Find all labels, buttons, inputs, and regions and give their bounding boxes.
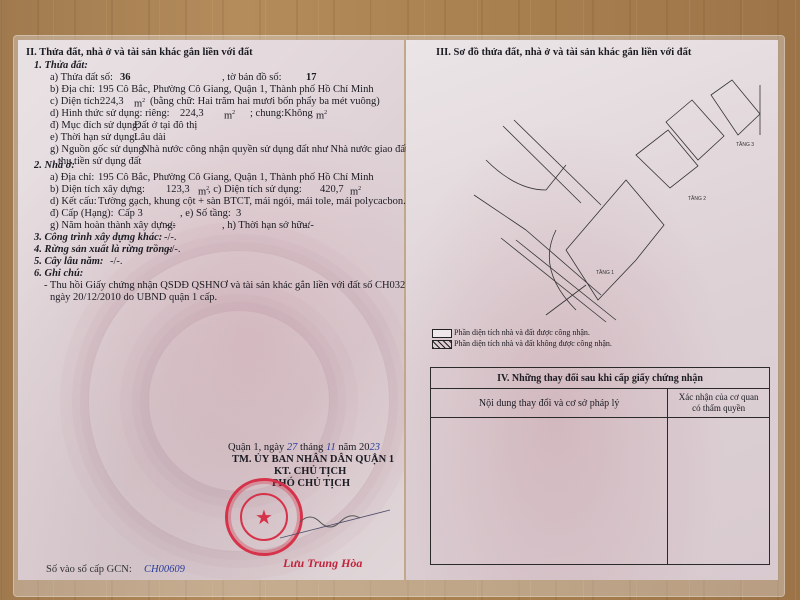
ownership-term: -/- (304, 219, 314, 232)
changes-table-title: IV. Những thay đổi sau khi cấp giấy chứn… (431, 368, 770, 389)
signing-month: 11 (326, 442, 336, 453)
registry-label: Số vào sổ cấp GCN: (46, 563, 132, 576)
section-2-title: II. Thửa đất, nhà ở và tài sản khác gắn … (26, 46, 253, 59)
signer-name: Lưu Trung Hòa (283, 556, 362, 571)
hatched-box-icon (432, 340, 452, 349)
land-plot-diagram: TẦNG 1 TẦNG 2 TẦNG 3 (406, 60, 778, 330)
changes-content-cell (431, 418, 668, 565)
signing-year: 23 (370, 442, 381, 453)
usage-private-unit: m2 (224, 107, 235, 123)
changes-col-content: Nội dung thay đổi và cơ sở pháp lý (431, 389, 668, 418)
signature-scribble (280, 500, 400, 540)
floor-1-label: TẦNG 1 (596, 269, 614, 276)
section-3-title: III. Sơ đồ thửa đất, nhà ở và tài sản kh… (436, 46, 691, 59)
signing-day: 27 (287, 442, 298, 453)
usage-shared: ; chung:Không (250, 107, 313, 120)
perennial-value: -/-. (110, 255, 123, 268)
changes-table: IV. Những thay đổi sau khi cấp giấy chứn… (430, 367, 770, 565)
usage-shared-unit: m2 (316, 107, 327, 123)
changes-confirmation-cell (668, 418, 770, 565)
ownership-term-label: , h) Thời hạn sở hữu: (222, 219, 310, 232)
legend-not-recognized: Phần diện tích nhà và đất không được côn… (432, 337, 612, 350)
origin-line1: Nhà nước công nhận quyền sử dụng đất như… (142, 143, 421, 156)
forest-value: -/-. (168, 243, 181, 256)
floor-3-label: TẦNG 3 (736, 141, 754, 148)
registry-no: CH00609 (144, 563, 185, 576)
notes-line2: ngày 20/12/2010 do UBND quận 1 cấp. (50, 291, 217, 304)
floor-2-label: TẦNG 2 (688, 195, 706, 202)
changes-col-confirmation: Xác nhận của cơ quan có thẩm quyền (668, 389, 770, 418)
structure: Tường gạch, khung cột + sàn BTCT, mái ng… (98, 195, 406, 208)
